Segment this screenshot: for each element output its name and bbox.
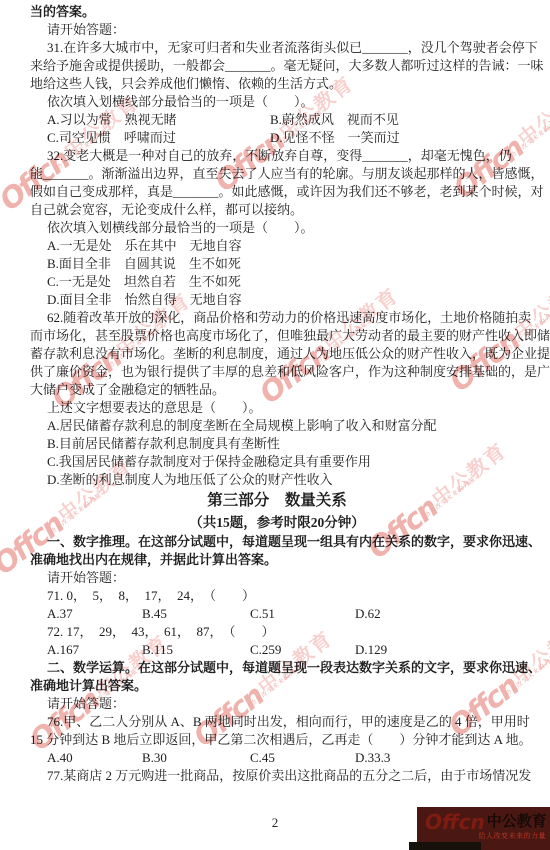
- part1-intro-line: 一、数字推理。在这部分试题中，每道题呈现一组具有内在关系的数字，要求你迅速、: [30, 533, 524, 551]
- page-content: 当的答案。 请开始答题： 31.在许多大城市中，无家可归者和失业者流落街头似已_…: [30, 3, 524, 785]
- question-32-option-c: C.一无是处 坦然自若 生不如死: [30, 273, 524, 291]
- question-32-option-a: A.一无是处 乐在其中 无地自容: [30, 237, 524, 255]
- question-32-prompt: 依次填入划横线部分最恰当的一项是（ ）。: [30, 219, 524, 237]
- question-31-prompt: 依次填入划横线部分最恰当的一项是（ ）。: [30, 93, 524, 111]
- question-62-stem-line: 而市场化，甚至股票价格也高度市场化了，但唯独最广大劳动者的最主要的财产性收入即储: [30, 327, 524, 345]
- offcn-banner-brand-text: 中公教育: [487, 810, 547, 831]
- question-31-options-row: A.习以为常 熟视无睹B.蔚然成风 视而不见: [30, 111, 524, 129]
- question-62-option-d: D.垄断的利息制度人为地压低了公众的财产性收入: [30, 471, 524, 489]
- part2-intro-line: 二、数学运算。在这部分试题中，每道题呈现一段表达数字关系的文字，要求你迅速、: [30, 659, 524, 677]
- exam-paper-page: Offcn中公教育给人改变未来的力量 Offcn中公教育给人改变未来的力量 Of…: [0, 0, 550, 850]
- question-71-option-a: A.37: [47, 605, 142, 623]
- question-71-options-row: A.37B.45C.51D.62: [30, 605, 524, 623]
- offcn-logo-dark-script: Offcn: [425, 813, 485, 831]
- begin-answer-prompt: 请开始答题：: [30, 569, 524, 587]
- question-62-stem-line: 蓄存款利息没有市场化。垄断的利息制度，通过人为地压低公众的财产性收入，既为企业提: [30, 345, 524, 363]
- question-71-option-c: C.51: [250, 605, 355, 623]
- question-76-stem-line: 76.甲、乙二人分别从 A、B 两地同时出发，相向而行，甲的速度是乙的 4 倍，…: [30, 713, 524, 731]
- question-31-stem-line: 来给予施舍或提供援助，一般都会_______。毫无疑问，大多数人都听过这样的告诫…: [30, 57, 524, 75]
- section-title: 第三部分 数量关系: [30, 489, 524, 512]
- part1-intro-line: 准确地找出内在规律，并据此计算出答案。: [30, 551, 524, 569]
- question-62-option-a: A.居民储蓄存款利息的制度垄断在全局规模上影响了收入和财富分配: [30, 417, 524, 435]
- question-32-option-b: B.面目全非 自圆其说 生不如死: [30, 255, 524, 273]
- question-76-options-row: A.40B.30C.45D.33.3: [30, 749, 524, 767]
- question-72-option-b: B.115: [142, 641, 250, 659]
- question-31-option-a: A.习以为常 熟视无睹: [47, 111, 270, 129]
- offcn-footer-banner: Offcn中公教育 给人改变未来的力量: [417, 807, 550, 850]
- question-62-stem-line: 供了廉价资金，也为银行提供了丰厚的息差和低风险客户，作为这种制度安排基础的，是广: [30, 363, 524, 381]
- question-32-stem-line: 自己就会宽容，无论变成什么样，都可以接纳。: [30, 201, 524, 219]
- question-31-option-b: B.蔚然成风 视而不见: [270, 111, 399, 129]
- question-62-prompt: 上述文字想要表达的意思是（ ）。: [30, 399, 524, 417]
- question-72-option-a: A.167: [47, 641, 142, 659]
- carryover-answer-text: 当的答案。: [30, 3, 524, 21]
- question-32-stem-line: 假如自己变成那样，真是_______。如此感慨，或许因为我们还不够老，老到某个时…: [30, 183, 524, 201]
- question-72-options-row: A.167B.115C.259D.129: [30, 641, 524, 659]
- question-76-option-d: D.33.3: [355, 749, 390, 767]
- question-62-stem-line: 大储户变成了金融稳定的牺牲品。: [30, 381, 524, 399]
- question-62-option-c: C.我国居民储蓄存款制度对于保持金融稳定具有重要作用: [30, 453, 524, 471]
- offcn-banner-slogan: 给人改变未来的力量: [479, 831, 547, 841]
- question-76-option-b: B.30: [142, 749, 250, 767]
- question-72-option-c: C.259: [250, 641, 355, 659]
- question-72-option-d: D.129: [355, 641, 387, 659]
- question-31-option-d: D.见怪不怪 一笑而过: [270, 129, 400, 147]
- begin-answer-prompt: 请开始答题：: [30, 695, 524, 713]
- question-77-stem-line: 77.某商店 2 万元购进一批商品，按原价卖出这批商品的五分之二后，由于市场情况…: [30, 767, 524, 785]
- question-71-option-d: D.62: [355, 605, 381, 623]
- question-76-stem-line: 15 分钟到达 B 地后立即返回，甲乙第二次相遇后，乙再走（ ）分钟才能到达 A…: [30, 731, 524, 749]
- question-32-stem-line: 能_______。渐渐溢出边界，直至失去了人应当有的轮廓。与朋友谈起那样的人，皆…: [30, 165, 524, 183]
- question-32-option-d: D.面目全非 怡然自得 无地自容: [30, 291, 524, 309]
- question-62-option-b: B.目前居民储蓄存款利息制度具有垄断性: [30, 435, 524, 453]
- section-subtitle: （共15题，参考时限20分钟）: [30, 512, 524, 533]
- question-71-option-b: B.45: [142, 605, 250, 623]
- question-31-stem-line: 地给这些人钱，只会养成他们懒惰、依赖的生活方式。: [30, 75, 524, 93]
- question-76-option-a: A.40: [47, 749, 142, 767]
- question-62-stem-line: 62.随着改革开放的深化，商品价格和劳动力的价格迅速高度市场化，土地价格随拍卖: [30, 309, 524, 327]
- begin-answer-prompt: 请开始答题：: [30, 21, 524, 39]
- banner-dark-strip: [409, 842, 481, 850]
- question-32-stem-line: 32.变老大概是一种对自己的放弃，不断放弃自尊，变得_______，却毫无愧色，…: [30, 147, 524, 165]
- question-31-stem-line: 31.在许多大城市中，无家可归者和失业者流落街头似已_______，没几个驾驶者…: [30, 39, 524, 57]
- offcn-banner-logo-row: Offcn中公教育: [425, 810, 547, 831]
- question-72-stem: 72. 17， 29， 43， 61， 87， （ ）: [30, 623, 524, 641]
- question-31-options-row: C.司空见惯 呼啸而过D.见怪不怪 一笑而过: [30, 129, 524, 147]
- question-71-stem: 71. 0， 5， 8， 17， 24， （ ）: [30, 587, 524, 605]
- question-76-option-c: C.45: [250, 749, 355, 767]
- part2-intro-line: 准确地计算出答案。: [30, 677, 524, 695]
- question-31-option-c: C.司空见惯 呼啸而过: [47, 129, 270, 147]
